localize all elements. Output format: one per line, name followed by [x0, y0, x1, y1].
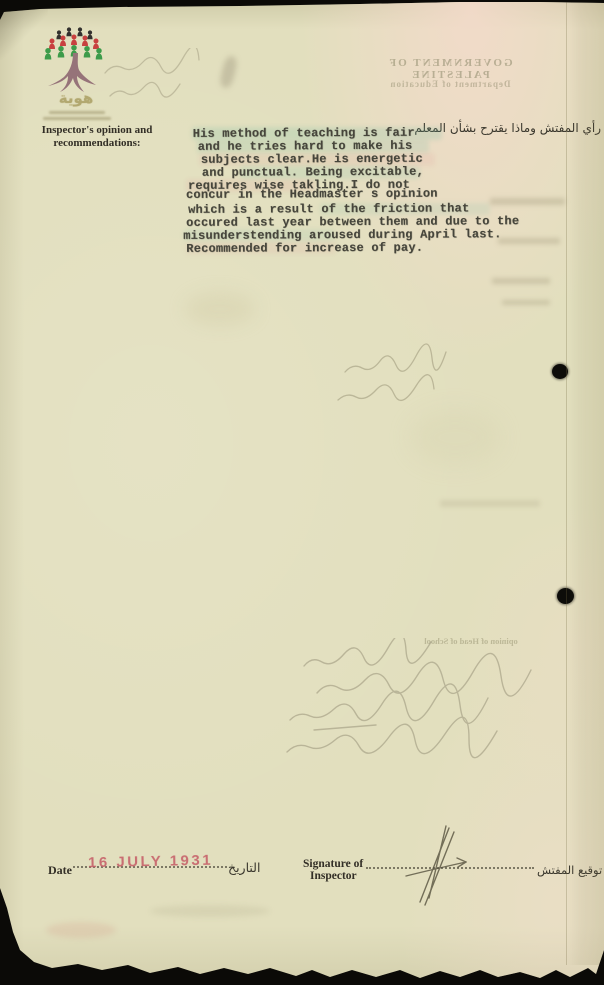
faint-handwriting-arabic: [282, 638, 604, 773]
typewritten-line: concur in the Headmaster s opinion: [186, 187, 438, 202]
bleedthrough-label-bar: [502, 300, 550, 305]
typewritten-opinion-text: His method of teaching is fair and he tr…: [186, 125, 527, 262]
logo-tagline-bar: [49, 111, 105, 114]
bleedthrough-label-bar: [492, 278, 550, 284]
bleedthrough-department-line: Department of Education: [382, 79, 518, 89]
inspector-opinion-label: Inspector's opinion and recommendations:: [38, 124, 156, 150]
typewritten-line: Recommended for increase of pay.: [186, 241, 423, 256]
logo-tagline-bar: [43, 117, 111, 120]
paper-stain: [185, 292, 255, 326]
bleedthrough-label-bar: [440, 500, 540, 507]
paper-stain: [410, 410, 500, 465]
bleedthrough-label-bar: [490, 198, 565, 205]
date-label: Date: [48, 863, 72, 878]
faded-stamp-trace: [46, 922, 116, 938]
bleedthrough-government-header: GOVERNMENT OF PALESTINE: [352, 57, 548, 81]
bleedthrough-label-bar: [498, 238, 560, 244]
scanned-document: هوية GOVERNMENT OF PALESTINE Department …: [0, 0, 604, 985]
signature-label-line1: Signature of: [303, 859, 363, 871]
date-label-arabic: التاريخ: [228, 860, 260, 875]
signature-label-line2: Inspector: [310, 871, 363, 883]
date-stamp: 16 JULY 1931: [88, 852, 213, 872]
signature-of-inspector-label: Signature of Inspector: [303, 859, 363, 882]
faint-handwriting-arabic: [330, 342, 480, 414]
faint-handwriting-arabic: [95, 48, 215, 108]
paper-smudge: [218, 55, 238, 89]
bleedthrough-smudge: [150, 905, 270, 917]
page-edge-shading: [566, 0, 604, 965]
inspector-signature-mark: [396, 816, 486, 908]
document-page: هوية GOVERNMENT OF PALESTINE Department …: [0, 0, 604, 985]
